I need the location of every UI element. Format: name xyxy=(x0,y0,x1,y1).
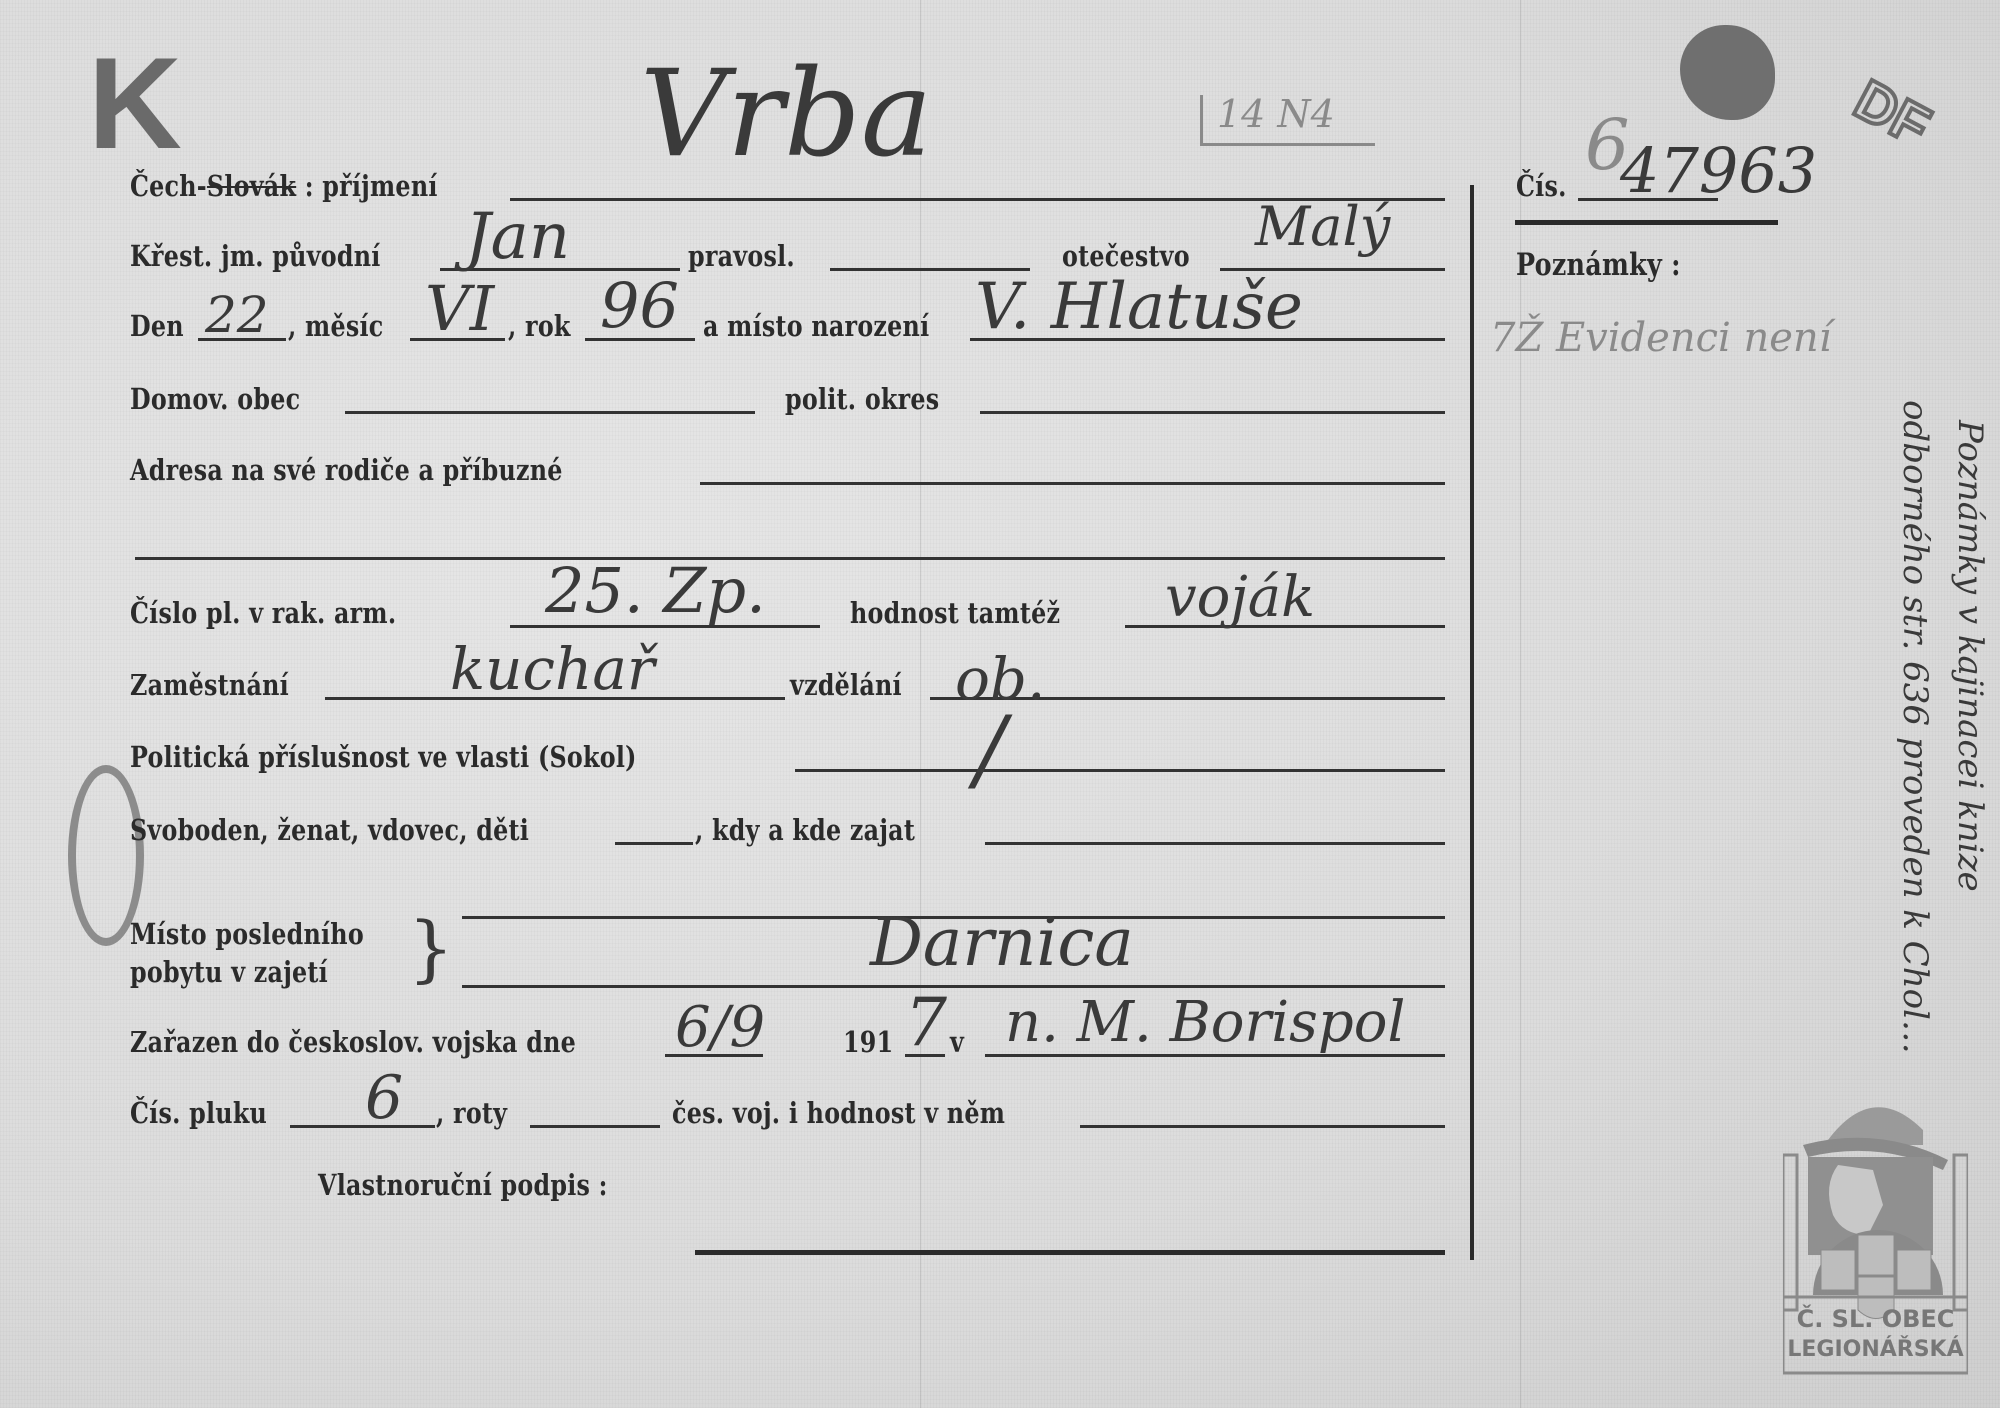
education-label: vzdělání xyxy=(790,671,902,700)
enlisted-place-label: v xyxy=(950,1028,964,1057)
number-label: Čís. xyxy=(1516,172,1567,201)
austrian-regiment-label: Číslo pl. v rak. arm. xyxy=(130,599,396,628)
notes-vertical-line-2: odborného str. 636 proveden k Chol… xyxy=(1895,400,1935,1054)
political-district-line xyxy=(980,411,1445,414)
year-value: 96 xyxy=(600,275,679,337)
month-label: , měsíc xyxy=(288,312,383,341)
parents-address-line xyxy=(700,482,1445,485)
surname-value: Vrba xyxy=(640,55,932,175)
first-name-label: Křest. jm. původní xyxy=(130,242,381,271)
orthodox-label: pravosl. xyxy=(688,242,795,271)
patronymic-label: otečestvo xyxy=(1062,242,1190,271)
signature-label: Vlastnoruční podpis : xyxy=(318,1171,608,1200)
df-stamp: DF xyxy=(1846,71,1938,155)
day-value: 22 xyxy=(205,290,269,340)
number-underline xyxy=(1515,220,1778,225)
last-captivity-label-1: Místo posledního xyxy=(130,920,364,949)
surname-label: Čech-Slovák : příjmení xyxy=(130,172,438,201)
ink-blot xyxy=(1680,25,1775,120)
cz-rank-label: čes. voj. i hodnost v něm xyxy=(672,1099,1005,1128)
day-label: Den xyxy=(130,312,184,341)
birthplace-value: V. Hlatuše xyxy=(975,275,1303,339)
month-value: VI xyxy=(425,278,494,340)
fold-line xyxy=(1520,0,1521,1408)
political-district-label: polit. okres xyxy=(785,385,939,414)
parents-address-line-2 xyxy=(135,557,1445,560)
notes-line-1: 7Ž Evidenci není xyxy=(1490,318,1831,358)
first-name-value: Jan xyxy=(465,205,570,269)
logo-text-line-2: LEGIONÁŘSKÁ xyxy=(1783,1339,1968,1361)
austrian-rank-label: hodnost tamtéž xyxy=(850,599,1060,628)
enlisted-date-value: 6/9 xyxy=(675,1000,765,1056)
brace-icon: } xyxy=(408,912,454,984)
cs-legion-logo: Č. SL. OBEC LEGIONÁŘSKÁ xyxy=(1783,1085,1968,1375)
parents-address-label: Adresa na své rodiče a příbuzné xyxy=(130,456,563,485)
column-divider xyxy=(1470,185,1474,1260)
last-captivity-value: Darnica xyxy=(870,910,1134,976)
birthplace-label: a místo narození xyxy=(703,312,929,341)
home-municipality-label: Domov. obec xyxy=(130,385,300,414)
political-affiliation-label: Politická příslušnost ve vlasti (Sokol) xyxy=(130,743,637,772)
last-captivity-label-2: pobytu v zajetí xyxy=(130,958,328,987)
company-label: , roty xyxy=(436,1099,507,1128)
austrian-rank-value: voják xyxy=(1165,570,1315,626)
austrian-regiment-value: 25. Zp. xyxy=(545,560,766,622)
captured-label: , kdy a kde zajat xyxy=(695,816,915,845)
enlisted-place-value: n. M. Borispol xyxy=(1005,995,1405,1051)
political-affiliation-value: / xyxy=(975,705,1005,795)
logo-text-line-1: Č. SL. OBEC xyxy=(1783,1307,1968,1331)
political-affiliation-line xyxy=(795,769,1445,772)
regiment-value: 6 xyxy=(365,1068,403,1128)
occupation-label: Zaměstnání xyxy=(130,671,289,700)
company-line xyxy=(530,1125,660,1128)
home-municipality-line xyxy=(345,411,755,414)
corner-letter-stamp: K xyxy=(88,38,182,168)
enlisted-label: Zařazen do českoslov. vojska dne xyxy=(130,1028,576,1057)
notes-vertical-line-1: Poznámky v kajinacei knize xyxy=(1950,420,1990,892)
regiment-line xyxy=(290,1125,435,1128)
enlisted-year-prefix: 191 xyxy=(843,1028,893,1057)
regiment-label: Čís. pluku xyxy=(130,1099,267,1128)
year-label: , rok xyxy=(508,312,571,341)
number-value: 47963 xyxy=(1620,140,1817,202)
captured-line xyxy=(985,842,1445,845)
marital-status-label: Svoboden, ženat, vdovec, děti xyxy=(130,816,529,845)
pencil-note: 14 N4 xyxy=(1200,95,1375,146)
cz-rank-line xyxy=(1080,1125,1445,1128)
fold-line xyxy=(920,0,921,1408)
patronymic-value: Malý xyxy=(1255,200,1390,254)
last-captivity-line-2 xyxy=(462,985,1445,988)
legionnaire-record-card: K 14 N4 DF Čech-Slovák : příjmení Vrba K… xyxy=(0,0,2000,1408)
enlisted-year-value: 7 xyxy=(905,990,947,1056)
occupation-value: kuchař xyxy=(450,640,655,698)
notes-label: Poznámky : xyxy=(1516,250,1681,281)
children-line xyxy=(615,842,693,845)
signature-line xyxy=(695,1250,1445,1255)
